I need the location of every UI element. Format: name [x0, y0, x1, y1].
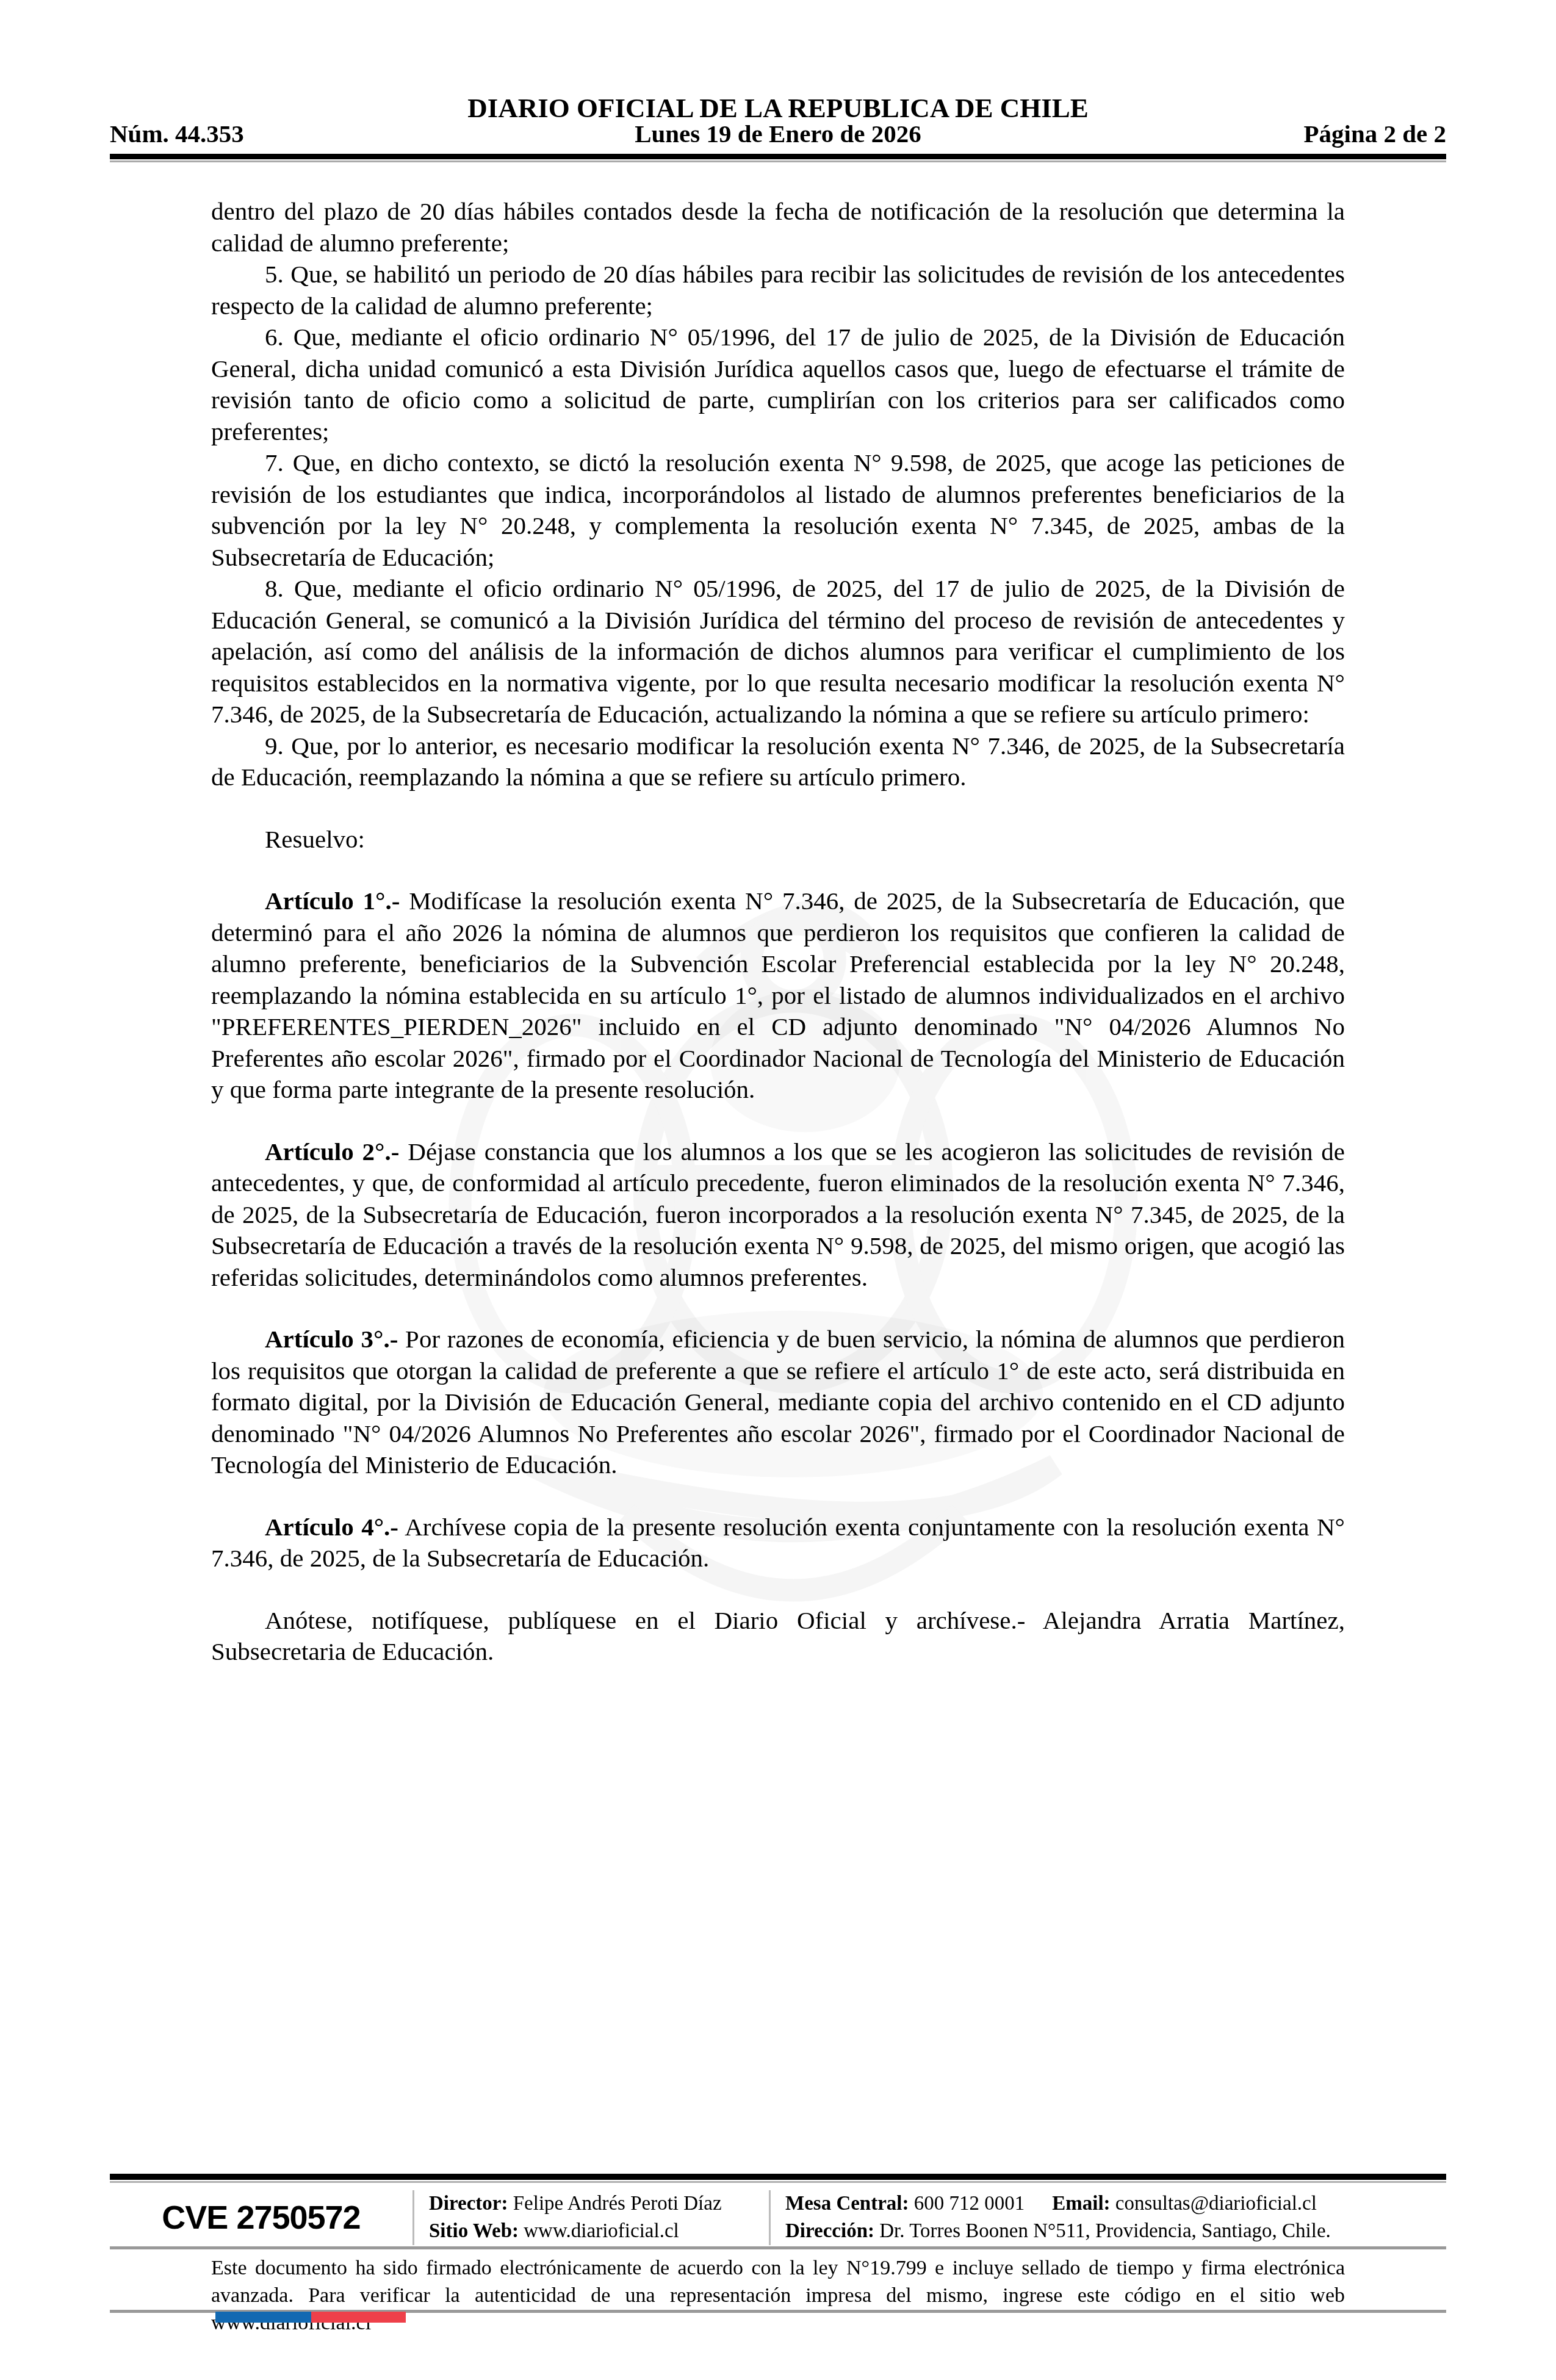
paragraph-text: Anótese, notifíquese, publíquese en el D…	[211, 1606, 1345, 1666]
paragraph-text: Resuelvo:	[265, 825, 365, 853]
body-paragraph: Anótese, notifíquese, publíquese en el D…	[211, 1605, 1345, 1668]
article-paragraph: Artículo 1°.- Modifícase la resolución e…	[211, 885, 1345, 1106]
page-number: Página 2 de 2	[1304, 120, 1447, 148]
sitio-web-value: www.diarioficial.cl	[524, 2220, 679, 2242]
footer-content: CVE 2750572 Director: Felipe Andrés Pero…	[110, 2183, 1446, 2254]
direccion-label: Dirección:	[785, 2220, 874, 2242]
body-paragraph: 9. Que, por lo anterior, es necesario mo…	[211, 730, 1345, 793]
paragraph-text: 7. Que, en dicho contexto, se dictó la r…	[211, 449, 1345, 571]
signature-note: Este documento ha sido firmado electróni…	[211, 2254, 1345, 2337]
footer-box: CVE 2750572 Director: Felipe Andrés Pero…	[110, 2174, 1446, 2254]
paragraph-text: Modifícase la resolución exenta N° 7.346…	[211, 887, 1345, 1103]
paragraph-text: 5. Que, se habilitó un periodo de 20 día…	[211, 260, 1345, 320]
article-paragraph: Artículo 3°.- Por razones de economía, e…	[211, 1324, 1345, 1481]
note-line-2: avanzada. Para verificar la autenticidad…	[211, 2282, 1345, 2337]
direccion-line: Dirección: Dr. Torres Boonen N°511, Prov…	[785, 2218, 1446, 2245]
cve-code: CVE 2750572	[162, 2199, 360, 2237]
body-paragraph: Resuelvo:	[211, 824, 1345, 856]
director-cell: Director: Felipe Andrés Peroti Díaz Siti…	[412, 2190, 769, 2245]
sitio-web-line: Sitio Web: www.diarioficial.cl	[429, 2218, 769, 2245]
chile-flag-mark	[215, 2312, 406, 2323]
email-value: consultas@diarioficial.cl	[1115, 2193, 1317, 2215]
mesa-central-line: Mesa Central: 600 712 0001Email: consult…	[785, 2190, 1446, 2218]
direccion-value: Dr. Torres Boonen N°511, Providencia, Sa…	[879, 2220, 1331, 2242]
article-label: Artículo 3°.-	[265, 1325, 398, 1353]
flag-red-bar	[311, 2312, 406, 2323]
article-label: Artículo 2°.-	[265, 1138, 399, 1166]
article-label: Artículo 4°.-	[265, 1513, 398, 1541]
body-paragraph: 8. Que, mediante el oficio ordinario N° …	[211, 573, 1345, 730]
header-rule	[110, 154, 1446, 159]
body-paragraph: 6. Que, mediante el oficio ordinario N° …	[211, 322, 1345, 447]
flag-blue-bar	[215, 2312, 311, 2323]
mesa-central-value: 600 712 0001	[914, 2193, 1025, 2215]
header-date: Lunes 19 de Enero de 2026	[110, 120, 1446, 148]
paragraph-text: 8. Que, mediante el oficio ordinario N° …	[211, 574, 1345, 728]
contact-cell: Mesa Central: 600 712 0001Email: consult…	[769, 2190, 1446, 2245]
document-page: DIARIO OFICIAL DE LA REPUBLICA DE CHILE …	[0, 0, 1556, 2380]
director-line: Director: Felipe Andrés Peroti Díaz	[429, 2190, 769, 2218]
note-line-1: Este documento ha sido firmado electróni…	[211, 2254, 1345, 2282]
article-paragraph: Artículo 4°.- Archívese copia de la pres…	[211, 1512, 1345, 1574]
article-paragraph: Artículo 2°.- Déjase constancia que los …	[211, 1136, 1345, 1294]
body-paragraph: 5. Que, se habilitó un periodo de 20 día…	[211, 259, 1345, 322]
resolution-text: dentro del plazo de 20 días hábiles cont…	[211, 196, 1345, 1668]
sitio-web-label: Sitio Web:	[429, 2220, 519, 2242]
paragraph-text: 9. Que, por lo anterior, es necesario mo…	[211, 732, 1345, 792]
paragraph-text: 6. Que, mediante el oficio ordinario N° …	[211, 323, 1345, 445]
director-label: Director:	[429, 2193, 508, 2215]
body-paragraph: dentro del plazo de 20 días hábiles cont…	[211, 196, 1345, 259]
paragraph-text: dentro del plazo de 20 días hábiles cont…	[211, 197, 1345, 257]
cve-cell: CVE 2750572	[110, 2190, 412, 2245]
body-paragraph: 7. Que, en dicho contexto, se dictó la r…	[211, 447, 1345, 573]
article-label: Artículo 1°.-	[265, 887, 400, 915]
director-value: Felipe Andrés Peroti Díaz	[513, 2193, 722, 2215]
header-row: Núm. 44.353 Lunes 19 de Enero de 2026 Pá…	[110, 120, 1446, 148]
footer-top-rule	[110, 2174, 1446, 2180]
footer-bottom-rule	[110, 2246, 1446, 2249]
mesa-central-label: Mesa Central:	[785, 2193, 909, 2215]
header-rule-shadow	[110, 160, 1446, 162]
email-label: Email:	[1052, 2193, 1110, 2215]
